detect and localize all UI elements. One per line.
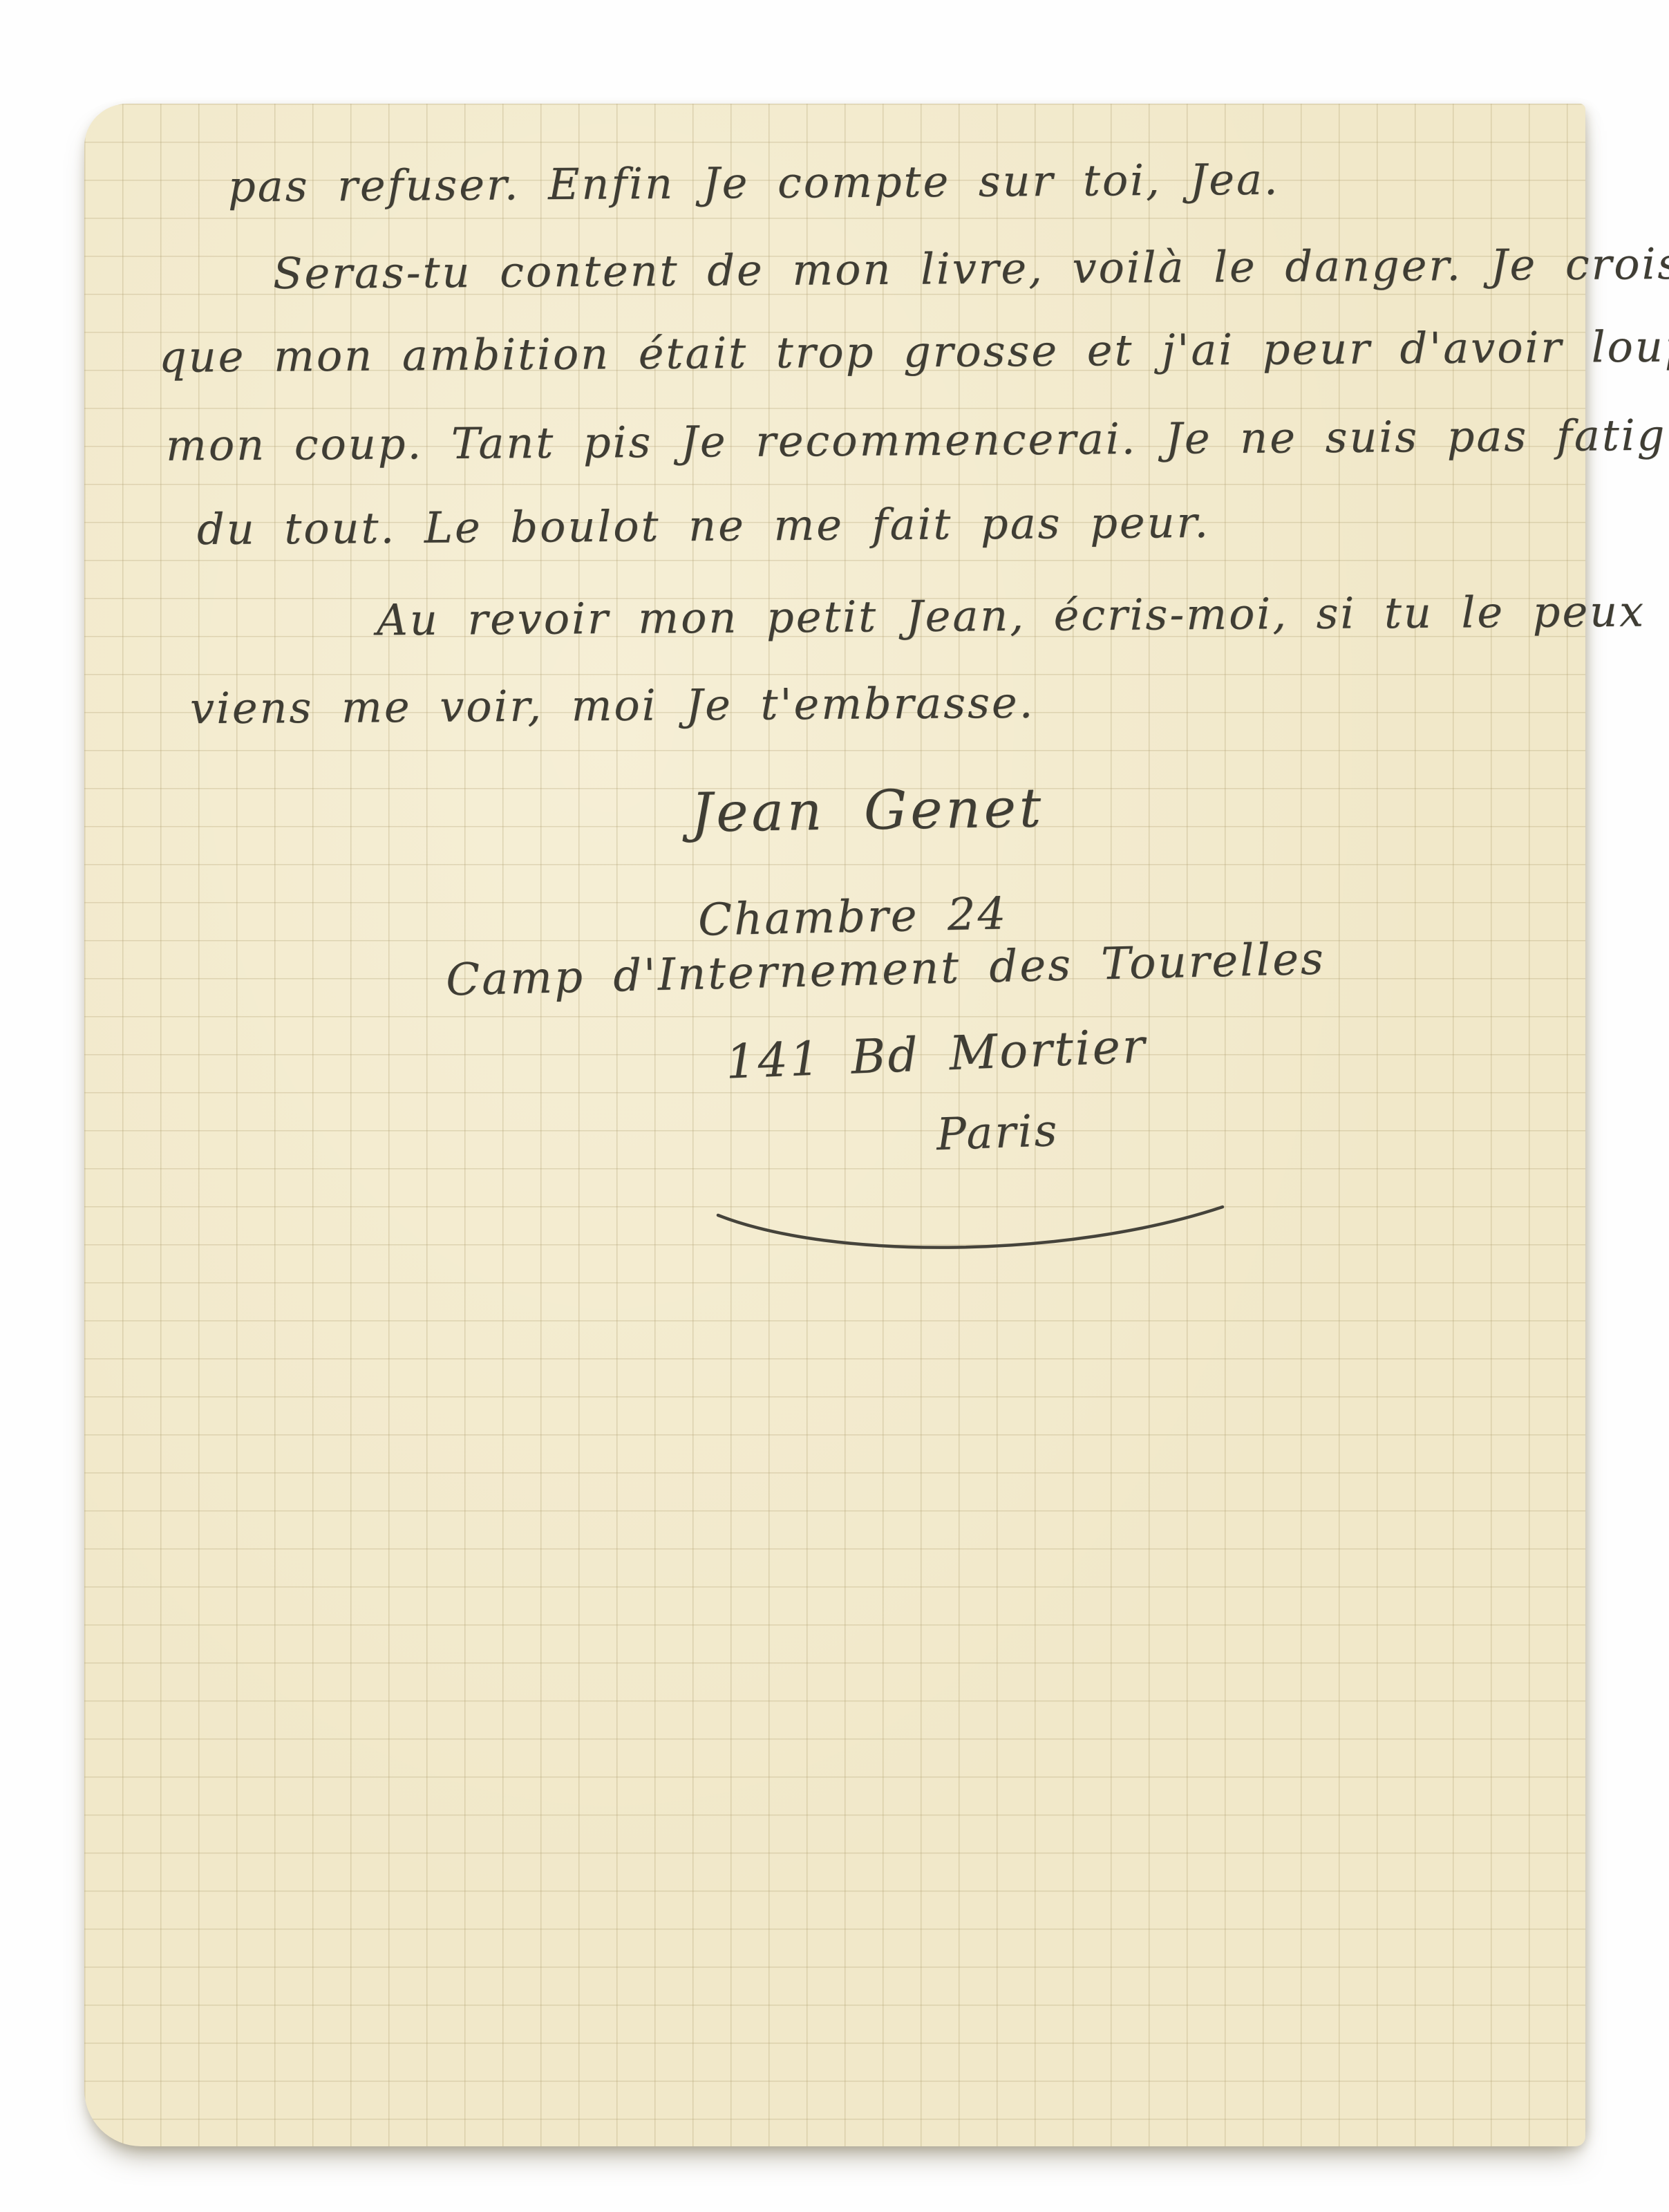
address-line-camp: Camp d'Internement des Tourelles [445,933,1326,1006]
scan-background: pas refuser. Enfin Je compte sur toi, Je… [0,0,1669,2212]
handwritten-line-7: viens me voir, moi Je t'embrasse. [190,677,1035,734]
address-line-city: Paris [936,1105,1060,1161]
handwritten-line-1: pas refuser. Enfin Je compte sur toi, Je… [228,154,1280,212]
handwritten-line-6: Au revoir mon petit Jean, écris-moi, si … [377,586,1646,646]
handwritten-line-5: du tout. Le boulot ne me fait pas peur. [197,497,1211,554]
handwritten-line-4: mon coup. Tant pis Je recommencerai. Je … [166,409,1669,471]
letter-page: pas refuser. Enfin Je compte sur toi, Je… [84,104,1585,2146]
signature: Jean Genet [690,777,1044,844]
address-line-street: 141 Bd Mortier [725,1019,1148,1089]
address-line-room: Chambre 24 [697,888,1008,946]
handwritten-line-3: que mon ambition était trop grosse et j'… [159,321,1669,382]
handwritten-line-2: Seras-tu content de mon livre, voilà le … [273,238,1669,299]
underline-flourish [710,1197,1235,1261]
